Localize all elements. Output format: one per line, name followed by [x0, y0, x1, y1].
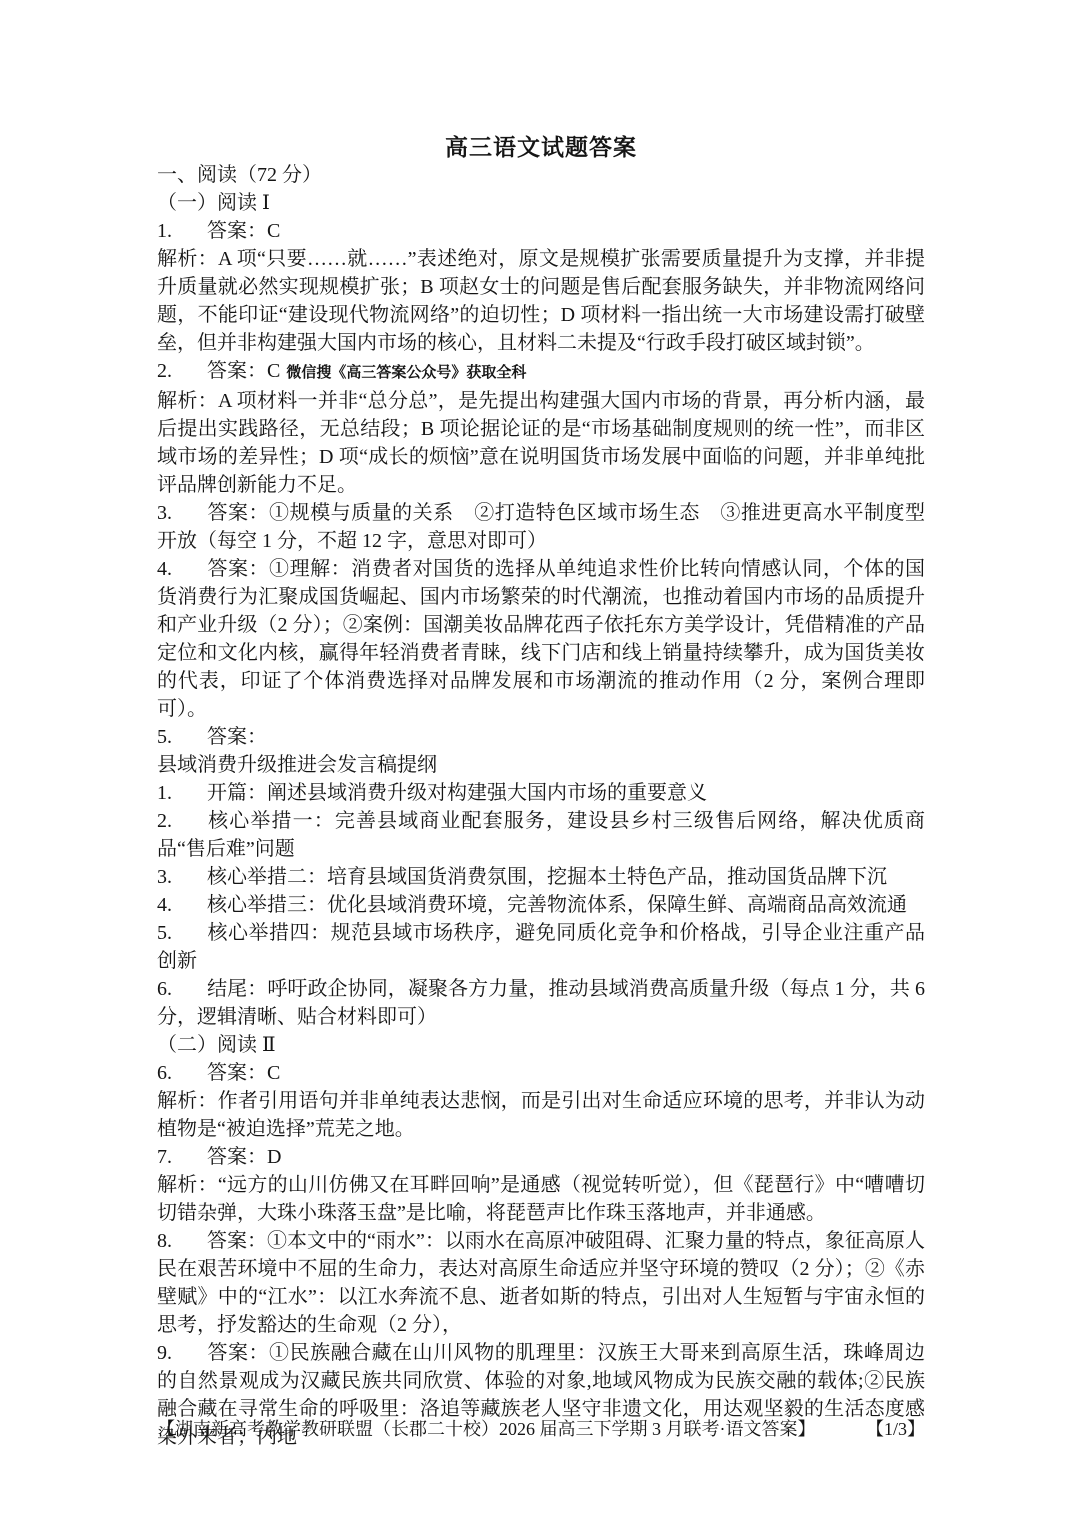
item-number: 5.	[157, 723, 207, 751]
page-title: 高三语文试题答案	[157, 134, 925, 161]
item-text: 答案：C	[207, 220, 280, 242]
answer-paragraphs: 一、阅读（72 分）（一）阅读 Ⅰ1.答案：C解析：A 项“只要……就……”表述…	[157, 161, 925, 1451]
item-text: 解析：A 项“只要……就……”表述绝对，原文是规模扩张需要质量提升为支撑，并非提…	[157, 248, 925, 354]
paragraph: 解析：作者引用语句并非单纯表达悲悯，而是引出对生命适应环境的思考，并非认为动植物…	[157, 1087, 925, 1143]
paragraph: 一、阅读（72 分）	[157, 161, 925, 189]
numbered-item: 7.答案：D	[157, 1143, 925, 1171]
numbered-item: 1.开篇：阐述县域消费升级对构建强大国内市场的重要意义	[157, 779, 925, 807]
item-number: 4.	[157, 555, 207, 583]
numbered-item: 5.核心举措四：规范县域市场秩序，避免同质化竞争和价格战，引导企业注重产品创新	[157, 919, 925, 975]
numbered-item: 6.结尾：呼吁政企协同，凝聚各方力量，推动县域消费高质量升级（每点 1 分，共 …	[157, 975, 925, 1031]
item-number: 1.	[157, 217, 207, 245]
item-text: 解析：作者引用语句并非单纯表达悲悯，而是引出对生命适应环境的思考，并非认为动植物…	[157, 1090, 925, 1140]
numbered-item: 5.答案：	[157, 723, 925, 751]
item-number: 6.	[157, 975, 207, 1003]
numbered-item: 2.答案：C微信搜《高三答案公众号》获取全科	[157, 357, 925, 387]
item-text: 解析：“远方的山川仿佛又在耳畔回响”是通感（视觉转听觉），但《琵琶行》中“嘈嘈切…	[157, 1174, 925, 1224]
item-text: （一）阅读 Ⅰ	[157, 192, 270, 214]
numbered-item: 6.答案：C	[157, 1059, 925, 1087]
item-text: 答案：①理解：消费者对国货的选择从单纯追求性价比转向情感认同，个体的国货消费行为…	[157, 558, 925, 720]
item-text: 答案：①规模与质量的关系 ②打造特色区域市场生态 ③推进更高水平制度型开放（每空…	[157, 502, 925, 552]
item-number: 6.	[157, 1059, 207, 1087]
page-number: 【1/3】	[866, 1416, 925, 1442]
item-text: 核心举措三：优化县域消费环境，完善物流体系，保障生鲜、高端商品高效流通	[207, 894, 907, 916]
item-text: 结尾：呼吁政企协同，凝聚各方力量，推动县域消费高质量升级（每点 1 分，共 6 …	[157, 978, 925, 1028]
paragraph: （二）阅读 Ⅱ	[157, 1031, 925, 1059]
paragraph: 县域消费升级推进会发言稿提纲	[157, 751, 925, 779]
item-text: 解析：A 项材料一并非“总分总”，是先提出构建强大国内市场的背景，再分析内涵，最…	[157, 390, 925, 496]
item-number: 2.	[157, 357, 207, 385]
item-text: 县域消费升级推进会发言稿提纲	[157, 754, 437, 776]
item-number: 1.	[157, 779, 207, 807]
numbered-item: 2.核心举措一：完善县域商业配套服务，建设县乡村三级售后网络，解决优质商品“售后…	[157, 807, 925, 863]
page-footer: 【湖南新高考教学教研联盟（长郡二十校）2026 届高三下学期 3 月联考·语文答…	[157, 1416, 925, 1442]
item-number: 3.	[157, 863, 207, 891]
item-text: 一、阅读（72 分）	[157, 164, 322, 186]
item-text: 核心举措一：完善县域商业配套服务，建设县乡村三级售后网络，解决优质商品“售后难”…	[157, 810, 925, 860]
item-text: 答案：①本文中的“雨水”：以雨水在高原冲破阻碍、汇聚力量的特点，象征高原人民在艰…	[157, 1230, 925, 1336]
item-text: 答案：C	[207, 1062, 280, 1084]
footer-source-label: 【湖南新高考教学教研联盟（长郡二十校）2026 届高三下学期 3 月联考·语文答…	[157, 1416, 816, 1442]
item-number: 9.	[157, 1339, 207, 1367]
exam-answer-page: 高三语文试题答案 一、阅读（72 分）（一）阅读 Ⅰ1.答案：C解析：A 项“只…	[0, 0, 1080, 1527]
numbered-item: 8.答案：①本文中的“雨水”：以雨水在高原冲破阻碍、汇聚力量的特点，象征高原人民…	[157, 1227, 925, 1339]
numbered-item: 3.答案：①规模与质量的关系 ②打造特色区域市场生态 ③推进更高水平制度型开放（…	[157, 499, 925, 555]
item-text: 开篇：阐述县域消费升级对构建强大国内市场的重要意义	[207, 782, 707, 804]
item-number: 8.	[157, 1227, 207, 1255]
item-text: 答案：D	[207, 1146, 281, 1168]
paragraph: （一）阅读 Ⅰ	[157, 189, 925, 217]
numbered-item: 4.答案：①理解：消费者对国货的选择从单纯追求性价比转向情感认同，个体的国货消费…	[157, 555, 925, 723]
item-number: 5.	[157, 919, 207, 947]
item-text: （二）阅读 Ⅱ	[157, 1034, 276, 1056]
item-number: 3.	[157, 499, 207, 527]
item-number: 2.	[157, 807, 207, 835]
document-content: 高三语文试题答案 一、阅读（72 分）（一）阅读 Ⅰ1.答案：C解析：A 项“只…	[157, 134, 925, 1451]
paragraph: 解析：A 项材料一并非“总分总”，是先提出构建强大国内市场的背景，再分析内涵，最…	[157, 387, 925, 499]
item-text: 核心举措四：规范县域市场秩序，避免同质化竞争和价格战，引导企业注重产品创新	[157, 922, 925, 972]
paragraph: 解析：A 项“只要……就……”表述绝对，原文是规模扩张需要质量提升为支撑，并非提…	[157, 245, 925, 357]
paragraph: 解析：“远方的山川仿佛又在耳畔回响”是通感（视觉转听觉），但《琵琶行》中“嘈嘈切…	[157, 1171, 925, 1227]
item-number: 7.	[157, 1143, 207, 1171]
item-text: 答案：	[207, 726, 267, 748]
numbered-item: 1.答案：C	[157, 217, 925, 245]
item-text: 答案：C	[207, 360, 280, 382]
numbered-item: 3.核心举措二：培育县域国货消费氛围，挖掘本土特色产品，推动国货品牌下沉	[157, 863, 925, 891]
numbered-item: 4.核心举措三：优化县域消费环境，完善物流体系，保障生鲜、高端商品高效流通	[157, 891, 925, 919]
item-text: 核心举措二：培育县域国货消费氛围，挖掘本土特色产品，推动国货品牌下沉	[207, 866, 887, 888]
watermark-note: 微信搜《高三答案公众号》获取全科	[280, 364, 526, 381]
item-number: 4.	[157, 891, 207, 919]
